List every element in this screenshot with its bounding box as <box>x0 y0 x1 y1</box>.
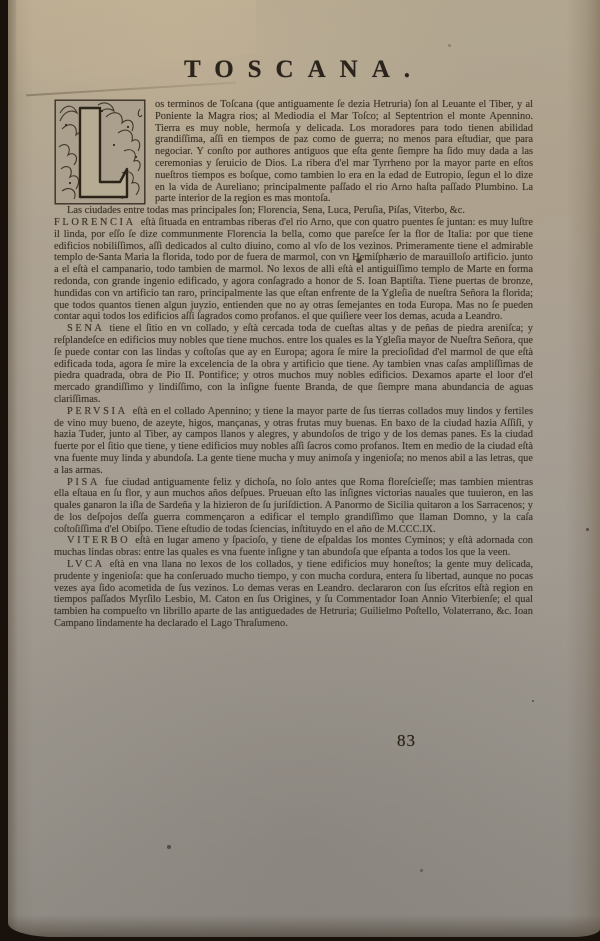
paragraph-luca: LVCAeſtà en vna llana no lexos de los co… <box>54 559 533 630</box>
foxing-spot <box>586 528 589 531</box>
photographed-book-page: TOSCANA. <box>0 0 600 941</box>
foxing-spot <box>448 44 451 47</box>
woodcut-initial-L <box>54 99 146 205</box>
city-name-lead: PERVSIA <box>67 406 128 417</box>
paragraph-perusia: PERVSIAeſtà en el collado Apennino; y ti… <box>54 406 533 477</box>
city-name-lead: VITERBO <box>67 535 130 546</box>
page-title: TOSCANA. <box>54 56 540 84</box>
foxing-spot <box>167 845 171 849</box>
paragraph-text: os terminos de Toſcana (que antiguamente… <box>155 99 533 205</box>
city-name-lead: SENA <box>67 323 105 334</box>
foxing-spot <box>420 869 423 872</box>
opening-paragraph: os terminos de Toſcana (que antiguamente… <box>54 99 533 205</box>
paragraph-viterbo: VITERBOeſtà en lugar ameno y ſpacioſo, y… <box>54 535 533 559</box>
city-name-lead: FLORENCIA <box>54 217 136 228</box>
paragraph-sena: SENAtiene el ſitio en vn collado, y eſtà… <box>54 323 533 406</box>
page-number: 83 <box>397 731 416 751</box>
paragraph-florencia: FLORENCIAeſtà ſituada en entrambas riber… <box>54 217 533 323</box>
paragraph-pisa: PISAfue ciudad antiguamente feliz y dich… <box>54 477 533 536</box>
text-block: os terminos de Toſcana (que antiguamente… <box>54 99 533 630</box>
foxing-spot <box>532 700 534 702</box>
city-name-lead: LVCA <box>67 559 105 570</box>
paragraph-cities-list: Las ciudades entre todas mas principales… <box>54 205 533 217</box>
city-name-lead: PISA <box>67 477 100 488</box>
